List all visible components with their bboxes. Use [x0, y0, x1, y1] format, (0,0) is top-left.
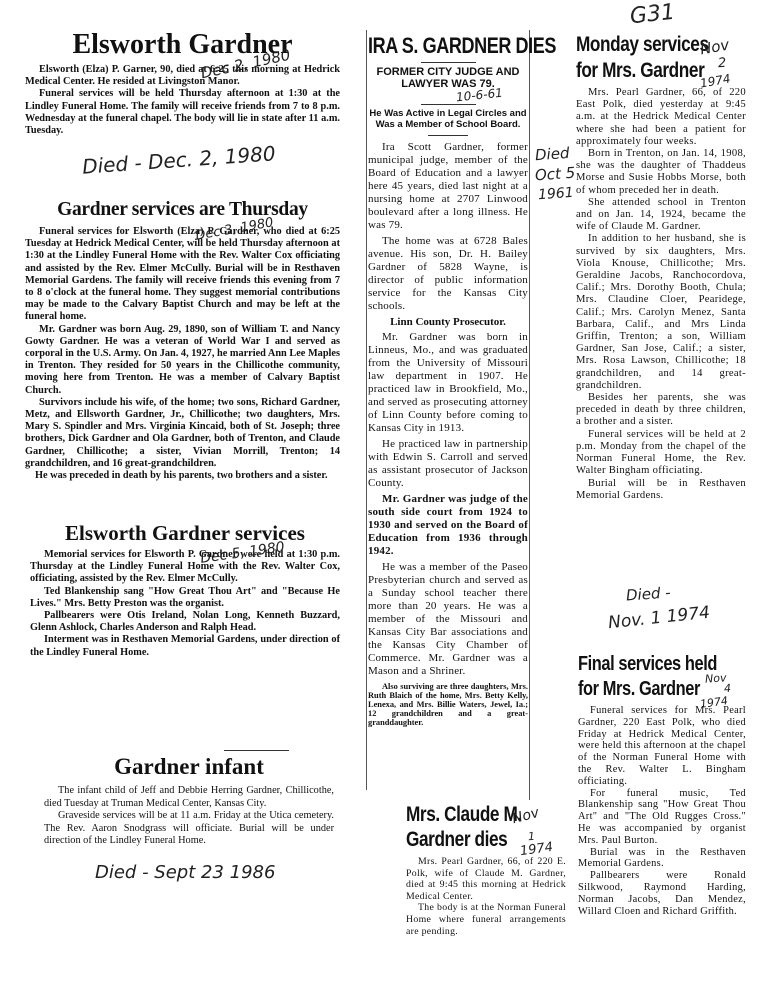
- paragraph: The infant child of Jeff and Debbie Herr…: [44, 785, 334, 810]
- paragraph: Burial will be in Resthaven Memorial Gar…: [576, 478, 746, 502]
- headline: IRA S. GARDNER DIES: [368, 33, 499, 59]
- page-number-note: G31: [629, 0, 676, 29]
- divider: [421, 62, 476, 63]
- clipping-monday-services: Monday services for Mrs. Gardner Mrs. Pe…: [576, 32, 746, 502]
- paragraph: Besides her parents, she was preceded in…: [576, 392, 746, 429]
- handwritten-died: Died: [534, 144, 570, 164]
- clipping-ira-gardner-dies: IRA S. GARDNER DIES FORMER CITY JUDGE AN…: [368, 33, 528, 727]
- paragraph: Interment was in Resthaven Memorial Gard…: [30, 634, 340, 658]
- handwritten-died-year: 1961: [537, 185, 574, 203]
- paragraph: Funeral services will be held Thursday a…: [25, 88, 340, 137]
- subheadline: FORMER CITY JUDGE AND LAWYER WAS 79.: [368, 66, 528, 90]
- headline: Final services held: [578, 652, 716, 677]
- headline: Gardner infant: [44, 753, 334, 781]
- headline: Elsworth Gardner: [25, 28, 340, 62]
- clipping-elsworth-obituary: Elsworth Gardner Elsworth (Elza) P. Garn…: [25, 28, 340, 137]
- paragraph: She attended school in Trenton and on Ja…: [576, 197, 746, 234]
- paragraph: Elsworth (Elza) P. Garner, 90, died at 6…: [25, 64, 340, 88]
- paragraph: For funeral music, Ted Blankenship sang …: [578, 788, 746, 847]
- headline: Gardner dies: [406, 827, 537, 852]
- column-rule: [529, 30, 530, 800]
- paragraph: Survivors include his wife, of the home;…: [25, 397, 340, 470]
- clipping-gardner-infant: Gardner infant The infant child of Jeff …: [44, 750, 334, 848]
- paragraph: Pallbearers were Otis Ireland, Nolan Lon…: [30, 610, 340, 634]
- handwritten-death-date: Died -: [625, 583, 671, 604]
- paragraph: Funeral services for Mrs. Pearl Gardner,…: [578, 705, 746, 788]
- handwritten-died-date: Oct 5: [534, 164, 575, 185]
- paragraph: Funeral services will be held at 2 p.m. …: [576, 429, 746, 478]
- section-heading: Linn County Prosecutor.: [368, 316, 528, 328]
- headline: Gardner services are Thursday: [25, 198, 340, 222]
- paragraph: He was a member of the Paseo Presbyteria…: [368, 561, 528, 678]
- paragraph: Mr. Gardner was born Aug. 29, 1890, son …: [25, 324, 340, 397]
- paragraph: The home was at 6728 Bales avenue. His s…: [368, 235, 528, 313]
- paragraph: Born in Trenton, on Jan. 14, 1908, she w…: [576, 148, 746, 197]
- subheadline: He Was Active in Legal Circles and Was a…: [368, 108, 528, 130]
- divider: [428, 135, 468, 136]
- handwritten-date-note: 4: [724, 682, 732, 695]
- paragraph: Mr. Gardner was born in Linneus, Mo., an…: [368, 331, 528, 435]
- handwritten-death-date: Died - Sept 23 1986: [95, 862, 275, 883]
- clipping-gardner-services-thursday: Gardner services are Thursday Funeral se…: [25, 198, 340, 482]
- paragraph: The body is at the Norman Funeral Home w…: [406, 902, 566, 937]
- paragraph: Pallbearers were Ronald Silkwood, Raymon…: [578, 870, 746, 917]
- clipping-mrs-claude-gardner-dies: Mrs. Claude M. Gardner dies Mrs. Pearl G…: [406, 802, 566, 937]
- handwritten-date-note: 2: [717, 56, 726, 72]
- clipping-elsworth-gardner-services: Elsworth Gardner services Memorial servi…: [30, 520, 340, 659]
- paragraph: Mr. Gardner was judge of the south side …: [368, 493, 528, 558]
- divider: [421, 104, 476, 105]
- paragraph: Mrs. Pearl Gardner, 66, of 220 E. Polk, …: [406, 856, 566, 902]
- clipping-final-services: Final services held for Mrs. Gardner Fun…: [578, 652, 746, 917]
- paragraph: Burial was in the Resthaven Memorial Gar…: [578, 847, 746, 871]
- paragraph: Mrs. Pearl Gardner, 66, of 220 East Polk…: [576, 87, 746, 148]
- headline: for Mrs. Gardner: [578, 677, 716, 702]
- headline: Monday services: [576, 32, 715, 58]
- paragraph: He was preceded in death by his parents,…: [25, 470, 340, 482]
- column-rule: [366, 30, 367, 790]
- paragraph: Ira Scott Gardner, former municipal judg…: [368, 141, 528, 232]
- paragraph: Also surviving are three daughters, Mrs.…: [368, 682, 528, 727]
- paragraph: He practiced law in partnership with Edw…: [368, 438, 528, 490]
- paragraph: In addition to her husband, she is survi…: [576, 233, 746, 392]
- headline: Elsworth Gardner services: [30, 520, 340, 546]
- divider: [224, 750, 289, 751]
- paragraph: Memorial services for Elsworth P. Gardne…: [30, 549, 340, 586]
- paragraph: Graveside services will be at 11 a.m. Fr…: [44, 810, 334, 848]
- handwritten-death-date: Died - Dec. 2, 1980: [81, 141, 276, 178]
- handwritten-death-date: Nov. 1 1974: [607, 603, 711, 634]
- paragraph: Ted Blankenship sang "How Great Thou Art…: [30, 586, 340, 610]
- paragraph: Funeral services for Elsworth (Elza) P. …: [25, 226, 340, 324]
- headline: for Mrs. Gardner: [576, 58, 715, 84]
